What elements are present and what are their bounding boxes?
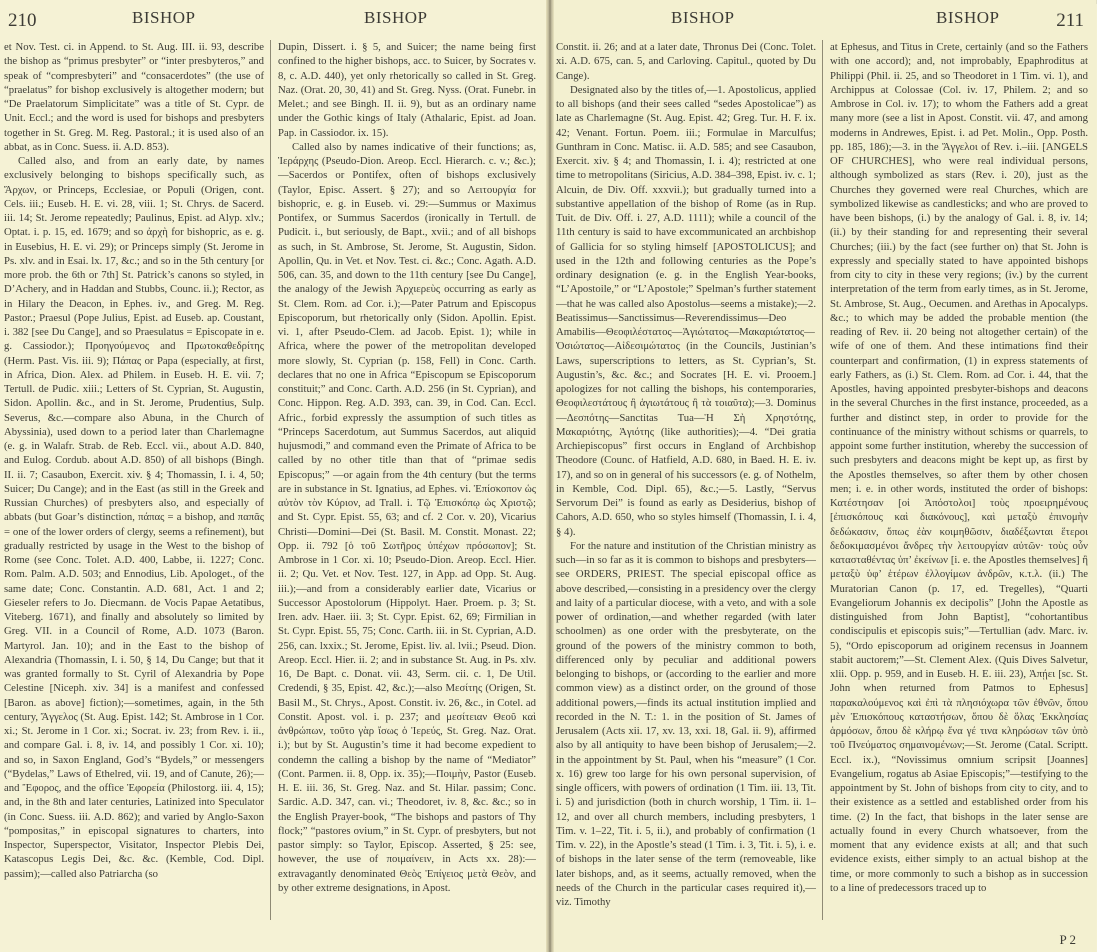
left-page-columns: et Nov. Test. ci. in Append. to St. Aug.… [4, 40, 542, 920]
paragraph: at Ephesus, and Titus in Crete, certainl… [830, 40, 1088, 895]
paragraph: Called also, and from an early date, by … [4, 154, 264, 881]
running-head-right-col2: BISHOP [936, 8, 999, 28]
left-column-2: Dupin, Dissert. i. § 5, and Suicer; the … [270, 40, 536, 920]
right-page-columns: Constit. ii. 26; and at a later date, Th… [556, 40, 1092, 920]
right-page-header: BISHOP BISHOP 211 [556, 0, 1092, 40]
paragraph: Dupin, Dissert. i. § 5, and Suicer; the … [278, 40, 536, 140]
paragraph: Constit. ii. 26; and at a later date, Th… [556, 40, 816, 83]
signature-mark: P 2 [1060, 932, 1077, 948]
left-column-1: et Nov. Test. ci. in Append. to St. Aug.… [4, 40, 270, 920]
running-head-left-col1: BISHOP [132, 8, 195, 28]
left-page-header: 210 BISHOP BISHOP [4, 0, 542, 40]
page-number-right: 211 [1056, 10, 1084, 32]
page-number-left: 210 [8, 10, 37, 32]
paragraph: et Nov. Test. ci. in Append. to St. Aug.… [4, 40, 264, 154]
right-page: BISHOP BISHOP 211 Constit. ii. 26; and a… [548, 0, 1096, 952]
running-head-right-col1: BISHOP [671, 8, 734, 28]
left-page: 210 BISHOP BISHOP et Nov. Test. ci. in A… [0, 0, 548, 952]
book-gutter [546, 0, 554, 952]
paragraph: For the nature and institution of the Ch… [556, 539, 816, 910]
running-head-left-col2: BISHOP [364, 8, 427, 28]
book-spread: 210 BISHOP BISHOP et Nov. Test. ci. in A… [0, 0, 1097, 952]
paragraph: Called also by names indicative of their… [278, 140, 536, 895]
right-column-2: at Ephesus, and Titus in Crete, certainl… [822, 40, 1088, 920]
right-column-1: Constit. ii. 26; and at a later date, Th… [556, 40, 822, 920]
paragraph: Designated also by the titles of,—1. Apo… [556, 83, 816, 539]
